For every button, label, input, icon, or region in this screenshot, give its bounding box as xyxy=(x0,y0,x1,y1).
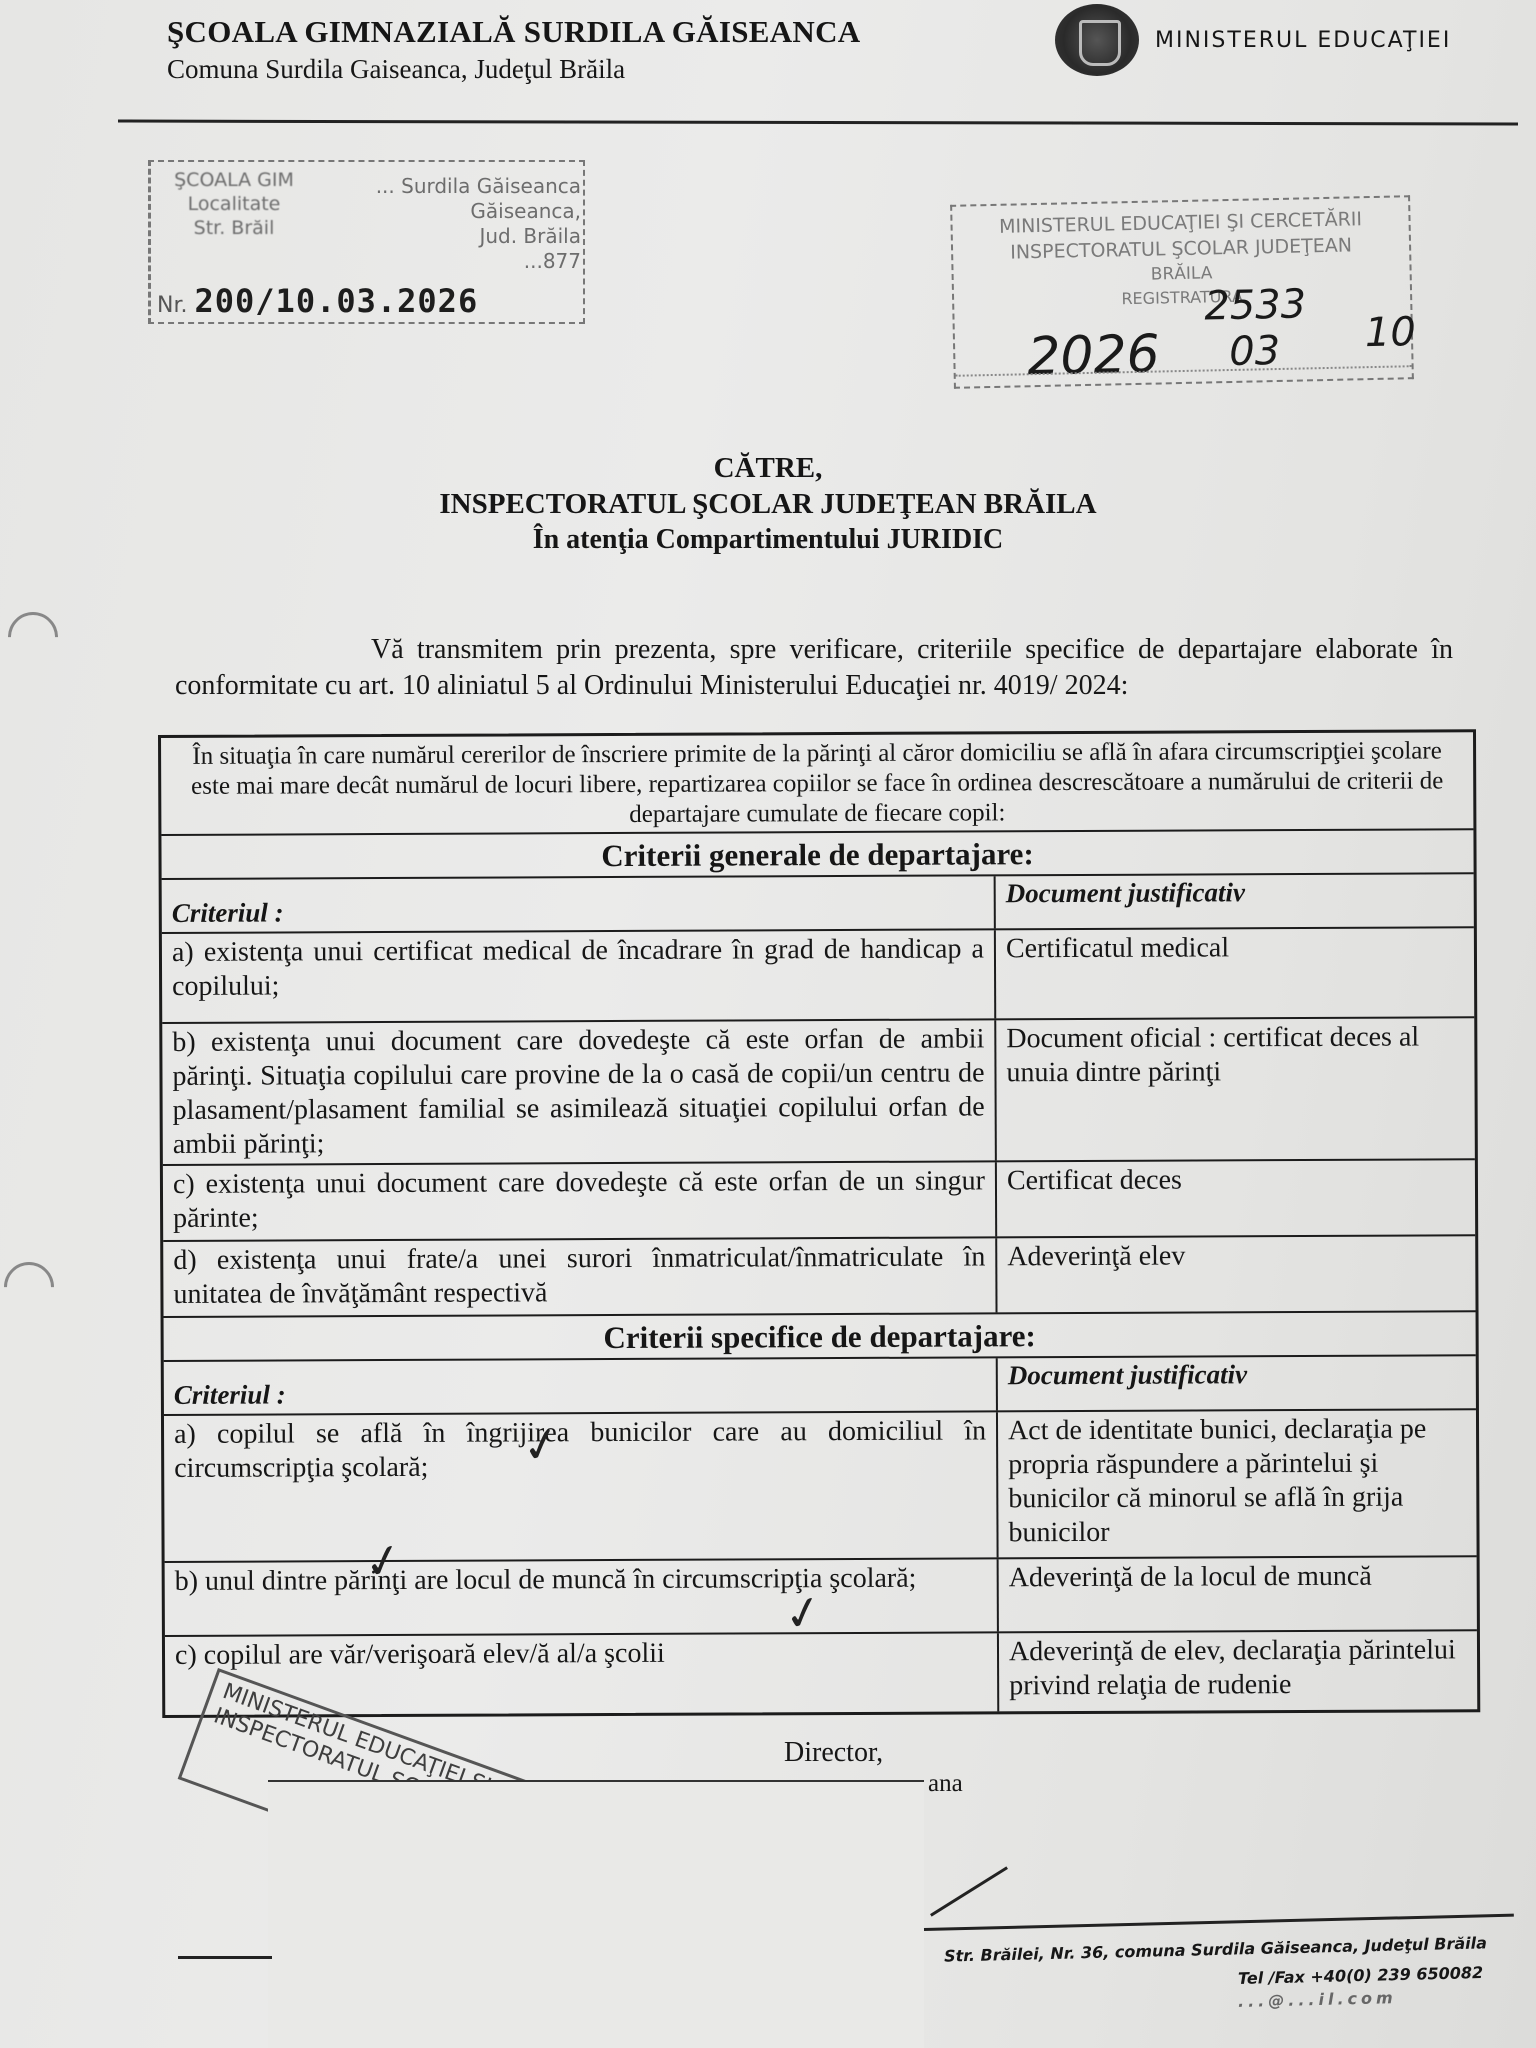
stamp-right-column: ... Surdila Găiseanca Găiseanca, Jud. Br… xyxy=(371,174,581,274)
table-row: d) existenţa unui frate/a unei surori în… xyxy=(163,1234,1475,1316)
stamp-line: Găiseanca, xyxy=(371,199,581,224)
coat-of-arms-seal-icon xyxy=(1055,4,1139,76)
director-name-partial: ana xyxy=(928,1770,963,1798)
table-intro-row: În situaţia în care numărul cererilor de… xyxy=(161,732,1473,834)
director-label: Director, xyxy=(784,1737,883,1769)
table-row: a) existenţa unui certificat medical de … xyxy=(162,926,1474,1022)
criterion-cell: d) existenţa unui frate/a unei surori în… xyxy=(163,1238,997,1316)
school-registration-stamp: ŞCOALA GIM Localitate Str. Brăil ... Sur… xyxy=(148,160,585,324)
column-header-row: Criteriul : Document justificativ xyxy=(162,872,1474,932)
table-row: c) existenţa unui document care dovedeşt… xyxy=(163,1158,1475,1240)
footer-email: ...@...il.com xyxy=(1238,1988,1397,2011)
column-header-criterion: Criteriul : xyxy=(162,876,996,932)
section-header-row: Criterii specifice de departajare: xyxy=(164,1310,1476,1360)
specific-criteria-title: Criterii specifice de departajare: xyxy=(164,1312,1476,1360)
document-cell: Act de identitate bunici, declaraţia pe … xyxy=(998,1410,1477,1557)
nr-label: Nr. xyxy=(157,293,187,318)
school-name: ŞCOALA GIMNAZIALĂ SURDILA GĂISEANCA xyxy=(167,14,860,50)
stamp-line: Localitate xyxy=(159,192,309,216)
general-criteria-title: Criterii generale de departajare: xyxy=(161,830,1473,878)
column-header-row: Criteriul : Document justificativ xyxy=(164,1354,1476,1414)
column-header-document: Document justificativ xyxy=(996,874,1474,928)
criterion-cell: a) copilul se află în îngrijirea bunicil… xyxy=(164,1412,999,1561)
stamp-line: REGISTRATURA xyxy=(954,283,1410,312)
punch-hole-mark xyxy=(0,602,68,673)
table-intro: În situaţia în care numărul cererilor de… xyxy=(161,732,1473,834)
handwritten-day: 10 xyxy=(1364,309,1416,356)
document-cell: Document oficial : certificat deces al u… xyxy=(996,1018,1475,1160)
document-cell: Certificatul medical xyxy=(996,928,1474,1018)
stamp-line: Jud. Brăila xyxy=(371,224,581,249)
document-cell: Adeverinţă de la locul de muncă xyxy=(999,1557,1477,1631)
registration-number: Nr. 200/10.03.2026 xyxy=(157,282,478,320)
stamp-dotted-line xyxy=(956,365,1412,377)
handwritten-registration-number: 2533 xyxy=(1204,281,1307,329)
criteria-table: În situaţia în care numărul cererilor de… xyxy=(158,729,1480,1718)
stamp-line: ... Surdila Găiseanca xyxy=(371,174,581,199)
ministry-name: MINISTERUL EDUCAŢIEI xyxy=(1155,28,1451,53)
footer-phone: Tel /Fax +40(0) 239 650082 xyxy=(1238,1963,1484,1988)
nr-value: 200/10.03.2026 xyxy=(194,282,478,320)
addressee-line-1: CĂTRE, xyxy=(0,452,1536,485)
footer-divider xyxy=(924,1914,1514,1931)
column-header-criterion: Criteriul : xyxy=(164,1358,998,1414)
column-header-document: Document justificativ xyxy=(998,1356,1476,1410)
handwritten-year: 2026 xyxy=(1027,324,1161,387)
signature-stroke xyxy=(930,1866,1008,1916)
criterion-cell: b) existenţa unui document care dovedeşt… xyxy=(162,1020,997,1164)
document-cell: Adeverinţă elev xyxy=(997,1236,1475,1312)
stamp-left-column: ŞCOALA GIM Localitate Str. Brăil xyxy=(159,168,309,240)
addressee-line-3: În atenţia Compartimentului JURIDIC xyxy=(0,524,1536,556)
inspectorate-registration-stamp: MINISTERUL EDUCAŢIEI ŞI CERCETĂRII INSPE… xyxy=(950,195,1414,389)
section-header-row: Criterii generale de departajare: xyxy=(161,828,1473,878)
header-divider xyxy=(118,120,1518,126)
signature-line xyxy=(178,1956,272,1959)
punch-hole-mark xyxy=(0,1252,64,1323)
criterion-cell: b) unul dintre părinţi are locul de munc… xyxy=(165,1559,999,1635)
document-cell: Certificat deces xyxy=(997,1160,1475,1236)
criterion-cell: a) existenţa unui certificat medical de … xyxy=(162,930,996,1022)
document-cell: Adeverinţă de elev, declaraţia părintelu… xyxy=(999,1631,1477,1711)
redacted-area xyxy=(268,1780,924,2048)
table-row: b) existenţa unui document care dovedeşt… xyxy=(162,1016,1475,1164)
school-address: Comuna Surdila Gaiseanca, Judeţul Brăila xyxy=(167,54,625,85)
footer-address: Str. Brăilei, Nr. 36, comuna Surdila Găi… xyxy=(944,1933,1487,1965)
table-row: c) copilul are văr/verişoară elev/ă al/a… xyxy=(165,1629,1477,1715)
stamp-line: ...877 xyxy=(371,249,581,274)
stamp-line: Str. Brăil xyxy=(159,216,309,240)
stamp-line: ŞCOALA GIM xyxy=(159,168,309,192)
criterion-cell: c) existenţa unui document care dovedeşt… xyxy=(163,1162,997,1240)
intro-paragraph: Vă transmitem prin prezenta, spre verifi… xyxy=(175,632,1453,704)
addressee-line-2: INSPECTORATUL ŞCOLAR JUDEŢEAN BRĂILA xyxy=(0,488,1536,521)
